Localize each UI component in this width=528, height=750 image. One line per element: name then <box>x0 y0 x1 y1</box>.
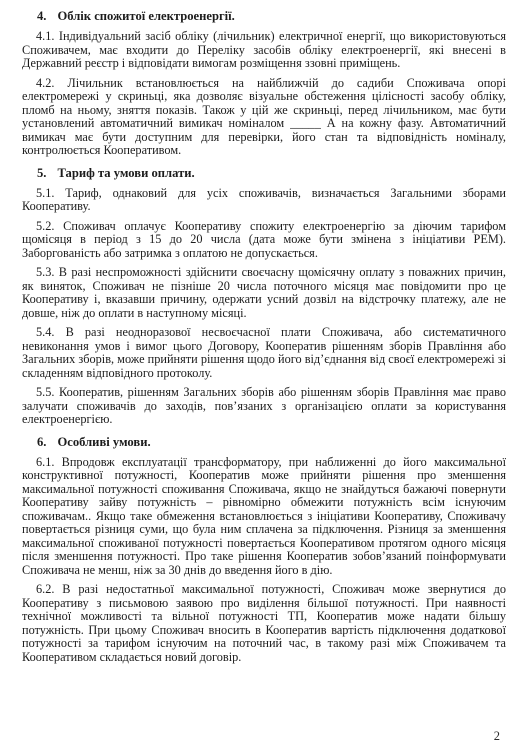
paragraph-5-3: 5.3. В разі неспроможності здійснити сво… <box>22 266 506 320</box>
section-title: Облік спожитої електроенергії. <box>57 9 234 23</box>
section-heading: 6.Особливі умови. <box>37 435 506 449</box>
paragraph-4-2: 4.2. Лічильник встановлюється на найближ… <box>22 77 506 158</box>
section-title: Тариф та умови оплати. <box>57 166 194 180</box>
section-number: 4. <box>37 9 46 23</box>
document-page: 4.Облік спожитої електроенергії. 4.1. Ін… <box>0 0 528 750</box>
paragraph-5-1: 5.1. Тариф, однаковий для усіх споживачі… <box>22 187 506 214</box>
paragraph-4-1: 4.1. Індивідуальний засіб обліку (лічиль… <box>22 30 506 71</box>
section-title: Особливі умови. <box>57 435 150 449</box>
section-tariff: 5.Тариф та умови оплати. 5.1. Тариф, одн… <box>22 166 506 427</box>
paragraph-5-4: 5.4. В разі неодноразової несвоєчасної п… <box>22 326 506 380</box>
section-special-terms: 6.Особливі умови. 6.1. Впродовж експлуат… <box>22 435 506 665</box>
section-heading: 5.Тариф та умови оплати. <box>37 166 506 180</box>
paragraph-5-2: 5.2. Споживач оплачує Кооперативу спожит… <box>22 220 506 261</box>
page-number: 2 <box>494 730 500 743</box>
paragraph-6-1: 6.1. Впродовж експлуатації трансформатор… <box>22 456 506 578</box>
paragraph-5-5: 5.5. Кооператив, рішенням Загальних збор… <box>22 386 506 427</box>
section-number: 5. <box>37 166 46 180</box>
section-heading: 4.Облік спожитої електроенергії. <box>37 9 506 23</box>
paragraph-6-2: 6.2. В разі недостатньої максимальної по… <box>22 583 506 664</box>
section-number: 6. <box>37 435 46 449</box>
section-metering: 4.Облік спожитої електроенергії. 4.1. Ін… <box>22 9 506 158</box>
